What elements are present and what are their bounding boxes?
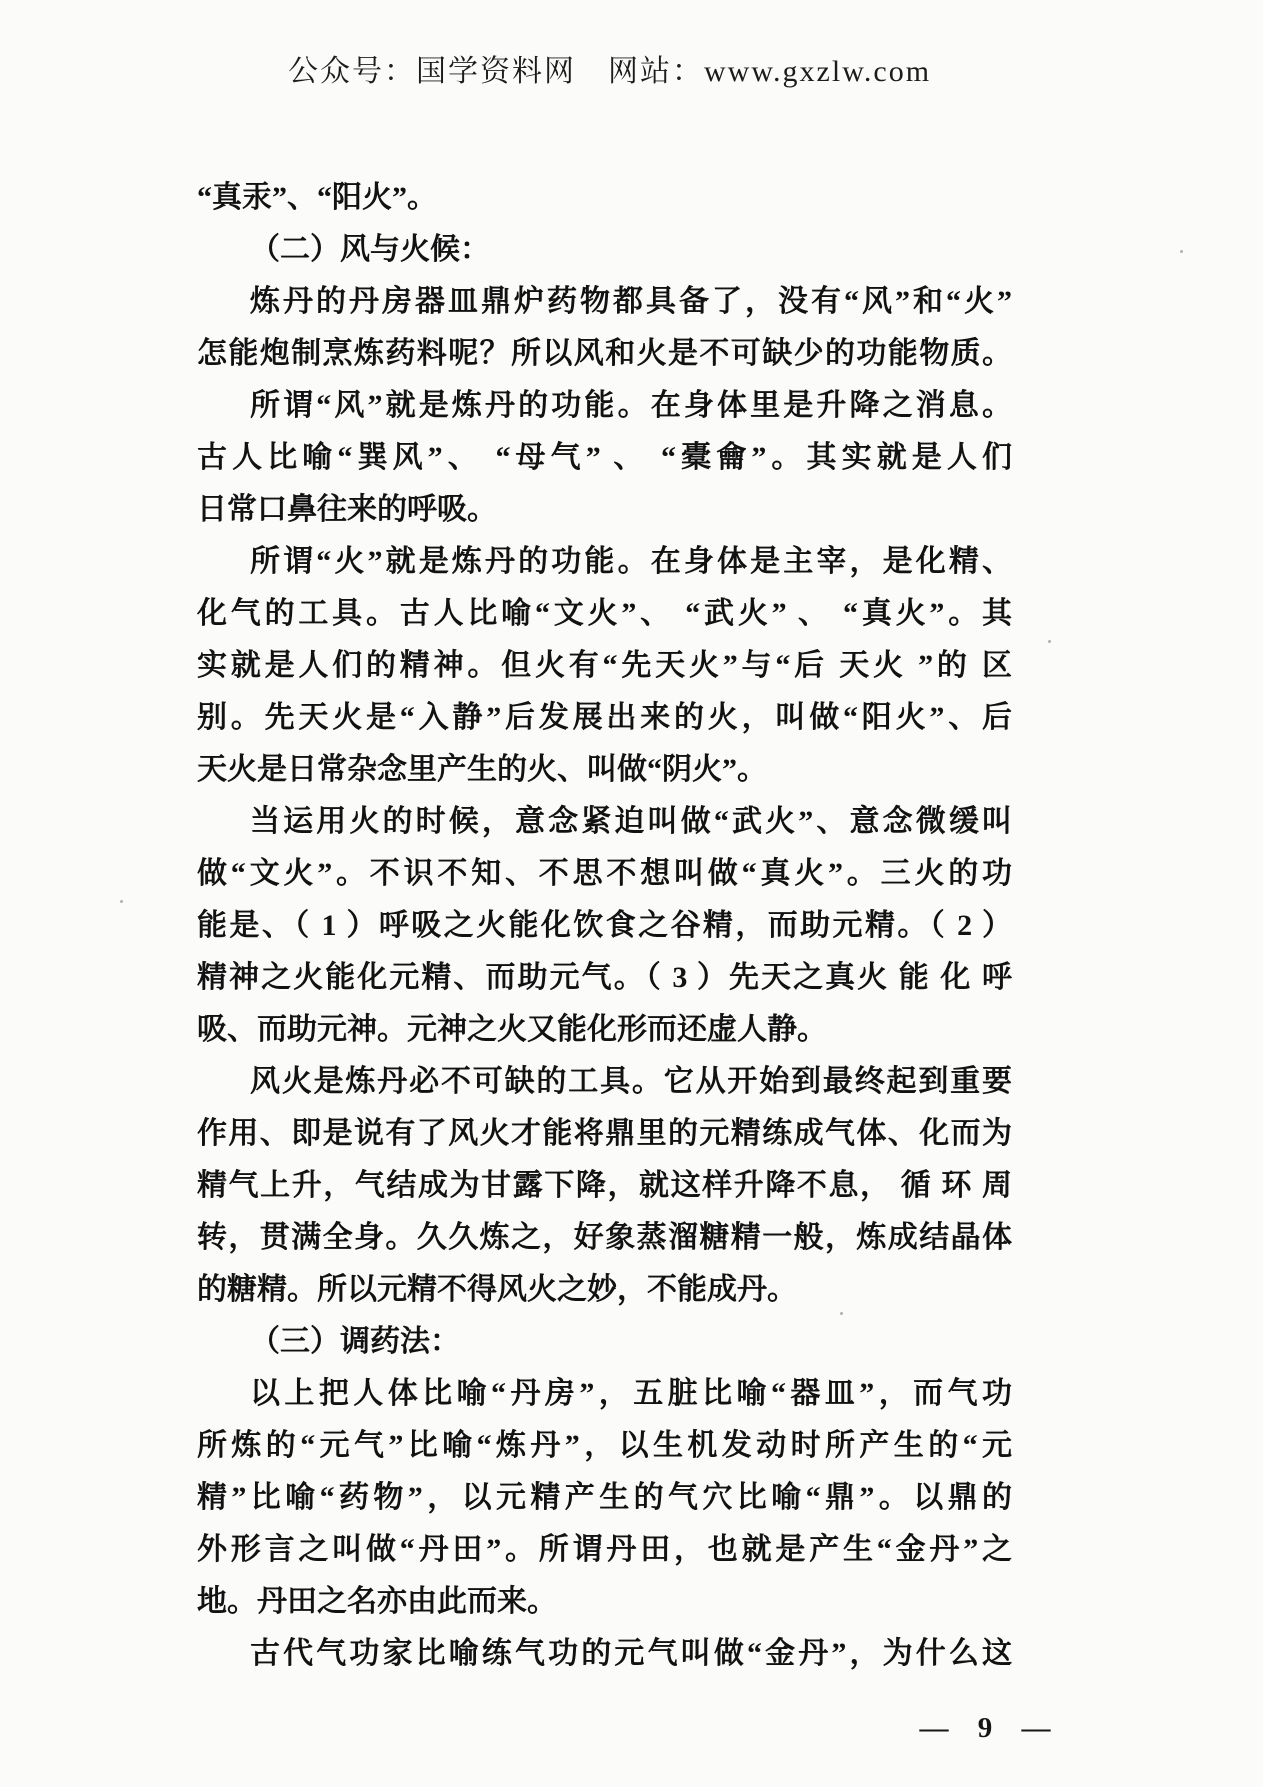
scanned-document-page: 公众号：国学资料网 网站：www.gxzlw.com “真汞”、“阳火”。（二）… xyxy=(0,0,1263,1787)
text-line: 转，贯满全身。久久炼之，好象蒸溜糖精一般，炼成结晶体 xyxy=(197,1212,1012,1264)
text-line: 所炼的“元气”比喻“炼丹”，以生机发动时所产生的“元 xyxy=(197,1420,1012,1472)
text-line: 精神之火能化元精、而助元气。（ 3 ）先天之真火 能 化 呼 xyxy=(197,952,1012,1004)
text-line: 所谓“火”就是炼丹的功能。在身体是主宰，是化精、 xyxy=(197,536,1012,588)
text-line: 能是、（ 1 ）呼吸之火能化饮食之谷精，而助元精。（ 2 ） xyxy=(197,900,1012,952)
text-line: 炼丹的丹房器皿鼎炉药物都具备了，没有“风”和“火” xyxy=(197,276,1012,328)
text-line: 做“文火”。不识不知、不思不想叫做“真火”。三火的功 xyxy=(197,848,1012,900)
scan-speckle xyxy=(1180,250,1183,253)
text-line: （二）风与火候： xyxy=(197,224,1012,276)
page-number: — 9 — xyxy=(895,1712,1075,1745)
text-line: 日常口鼻往来的呼吸。 xyxy=(197,484,1012,536)
text-line: 怎能炮制烹炼药料呢？所以风和火是不可缺少的功能物质。 xyxy=(197,328,1012,380)
scan-speckle xyxy=(222,1178,226,1182)
text-line: 别。先天火是“入静”后发展出来的火，叫做“阳火”、后 xyxy=(197,692,1012,744)
text-line: 天火是日常杂念里产生的火、叫做“阴火”。 xyxy=(197,744,1012,796)
text-line: 古人比喻“巽风”、 “母气” 、 “橐龠”。其实就是人们 xyxy=(197,432,1012,484)
text-line: 实就是人们的精神。但火有“先天火”与“后 天火 ”的 区 xyxy=(197,640,1012,692)
text-line: （三）调药法： xyxy=(197,1316,1012,1368)
text-line: 化气的工具。古人比喻“文火”、 “武火” 、 “真火”。其 xyxy=(197,588,1012,640)
text-line: “真汞”、“阳火”。 xyxy=(197,172,1012,224)
scan-speckle xyxy=(120,900,123,903)
text-line: 吸、而助元神。元神之火又能化形而还虚人静。 xyxy=(197,1004,1012,1056)
text-line: 精气上升，气结成为甘露下降，就这样升降不息， 循 环 周 xyxy=(197,1160,1012,1212)
text-line: 地。丹田之名亦由此而来。 xyxy=(197,1576,1012,1628)
text-line: 精”比喻“药物”，以元精产生的气穴比喻“鼎”。以鼎的 xyxy=(197,1472,1012,1524)
text-line: 所谓“风”就是炼丹的功能。在身体里是升降之消息。 xyxy=(197,380,1012,432)
text-line: 古代气功家比喻练气功的元气叫做“金丹”，为什么这 xyxy=(197,1628,1012,1680)
text-line: 风火是炼丹必不可缺的工具。它从开始到最终起到重要 xyxy=(197,1056,1012,1108)
text-line: 的糖精。所以元精不得风火之妙，不能成丹。 xyxy=(197,1264,1012,1316)
text-line: 当运用火的时候，意念紧迫叫做“武火”、意念微缓叫 xyxy=(197,796,1012,848)
text-line: 以上把人体比喻“丹房”，五脏比喻“器皿”，而气功 xyxy=(197,1368,1012,1420)
document-body: “真汞”、“阳火”。（二）风与火候：炼丹的丹房器皿鼎炉药物都具备了，没有“风”和… xyxy=(197,172,1012,1680)
watermark-header: 公众号：国学资料网 网站：www.gxzlw.com xyxy=(288,46,931,90)
scan-speckle xyxy=(840,1312,843,1315)
scan-speckle xyxy=(1048,640,1051,643)
text-line: 外形言之叫做“丹田”。所谓丹田，也就是产生“金丹”之 xyxy=(197,1524,1012,1576)
text-line: 作用、即是说有了风火才能将鼎里的元精练成气体、化而为 xyxy=(197,1108,1012,1160)
